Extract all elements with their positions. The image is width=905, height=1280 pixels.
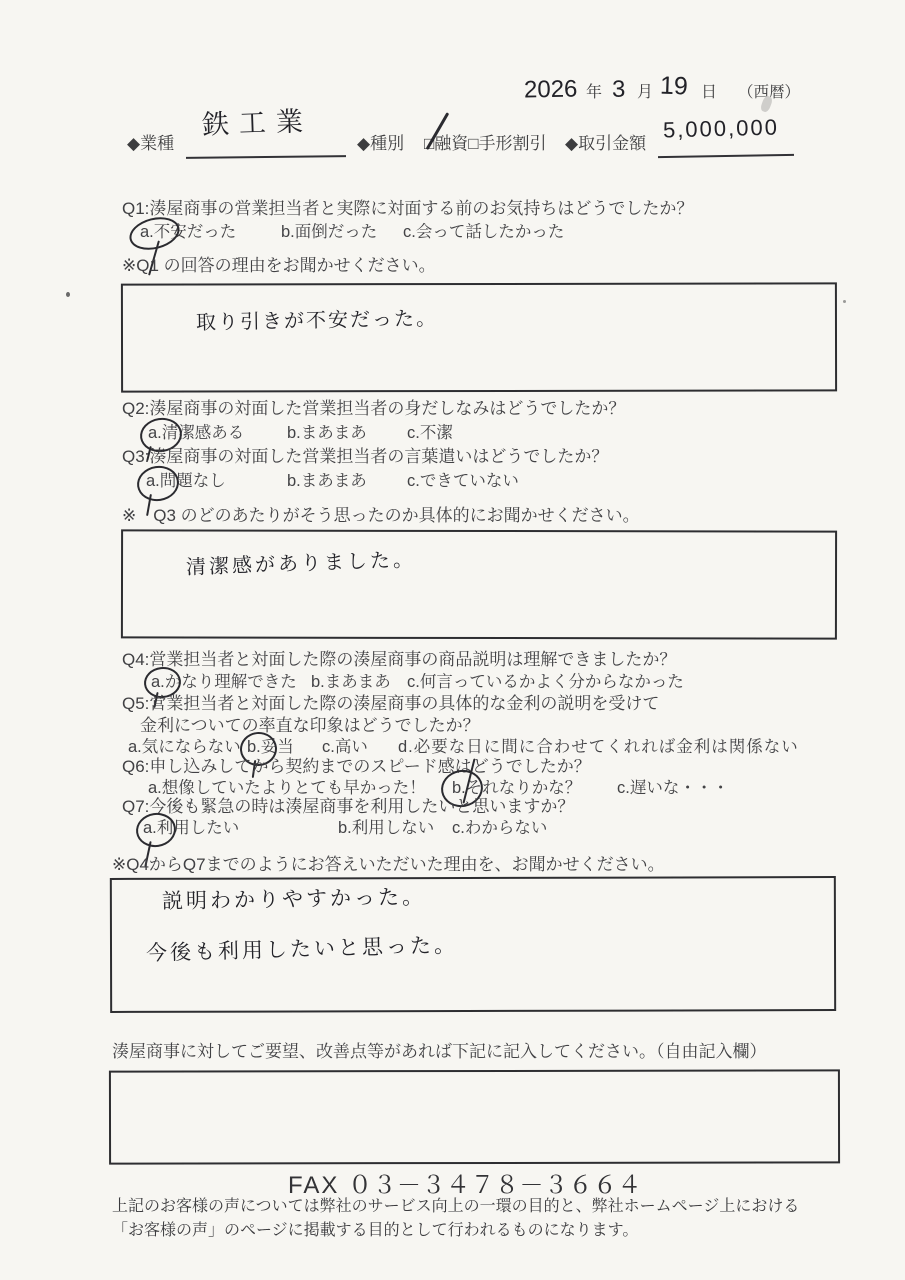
amount-value-handwritten: 5,000,000 [663,114,779,142]
question-q2: Q2:湊屋商事の対面した営業担当者の身だしなみはどうでしたか？ [122,399,625,419]
type-checkbox-options: □融資□手形割引 [424,134,547,154]
industry-value-handwritten: 鉄工業 [201,106,313,141]
scan-speck [66,292,70,297]
option-q4-b: b.まあまあ [311,673,391,692]
scan-speck [843,300,846,303]
question-q5-line2: 金利についての率直な印象はどうでしたか？ [140,716,480,736]
industry-underline [186,155,346,159]
question-q7: Q7:今後も緊急の時は湊屋商事を利用したいと思いますか？ [122,797,574,817]
question-q5-line1: Q5:営業担当者と対面した際の湊屋商事の具体的な金利の説明を受けて [122,694,659,714]
option-q3-c: c.できていない [407,472,519,491]
option-q3-b: b.まあまあ [287,472,367,491]
option-q4-c: c.何言っているかよく分からなかった [407,673,684,692]
free-entry-box [109,1069,840,1164]
date-year-unit: 年 [586,84,602,102]
question-q3: Q3:湊屋商事の対面した営業担当者の言葉遣いはどうでしたか？ [122,447,608,467]
option-q7-b: b.利用しない [338,819,434,838]
amount-label: ◆取引金額 [565,134,646,154]
question-q1: Q1:湊屋商事の営業担当者と実際に対面する前のお気持ちはどうでしたか？ [122,199,693,219]
option-q1-b: b.面倒だった [281,223,377,242]
option-q5-a: a.気にならない [128,738,241,757]
free-entry-label: 湊屋商事に対してご要望、改善点等があれば下記に記入してください。（自由記入欄） [112,1042,767,1062]
answer-box-q3 [121,529,837,639]
handwritten-answer-q1: 取り引きが不安だった。 [196,308,438,335]
note-q3-reason: ※ Q3 のどのあたりがそう思ったのか具体的にお聞かせください。 [122,506,640,526]
date-month-handwritten: 3 [612,76,625,104]
question-q6: Q6:申し込みしてから契約までのスピード感はどうでしたか？ [122,757,591,777]
option-q6-c: c.遅いな・・・ [617,779,729,798]
footer-disclaimer-line1: 上記のお客様の声については弊社のサービス向上の一環の目的と、弊社ホームページ上に… [112,1198,799,1216]
question-q4: Q4:営業担当者と対面した際の湊屋商事の商品説明は理解できましたか？ [122,650,676,670]
footer-disclaimer-line2: 「お客様の声」のページに掲載する目的として行われるものになります。 [112,1222,638,1240]
handwritten-answer-q4-q7-line1: 説明わかりやすかった。 [162,886,426,915]
industry-label: ◆業種 [127,134,174,154]
date-day-unit: 日 [701,84,717,102]
option-q5-d: d.必要な日に間に合わせてくれれば金利は関係ない [398,738,799,757]
type-label: ◆種別 [357,134,404,154]
scanned-survey-form: 2026 年 3 月 19 日 （西暦） ◆業種 鉄工業 ◆種別 □融資□手形割… [0,0,905,1280]
note-q1-reason: ※Q1 の回答の理由をお聞かせください。 [122,256,436,276]
date-day-handwritten: 19 [660,72,689,102]
note-q4-q7-reason: ※Q4からQ7までのようにお答えいただいた理由を、お聞かせください。 [112,855,665,875]
fax-number: ０３－３４７８－３６６４ [348,1172,642,1200]
option-q6-a: a.想像していたよりとても早かった！ [148,779,426,798]
amount-underline [658,154,794,158]
option-q2-c: c.不潔 [407,424,453,443]
option-q5-c: c.高い [322,738,368,757]
option-q2-b: b.まあまあ [287,424,367,443]
date-year-handwritten: 2026 [524,76,578,105]
option-q7-c: c.わからない [452,819,547,838]
fax-label: FAX [288,1172,339,1200]
selected-circle-q3 [135,463,181,504]
answer-box-q1 [121,282,837,392]
option-q1-c: c.会って話したかった [403,223,564,242]
date-month-unit: 月 [637,84,653,102]
